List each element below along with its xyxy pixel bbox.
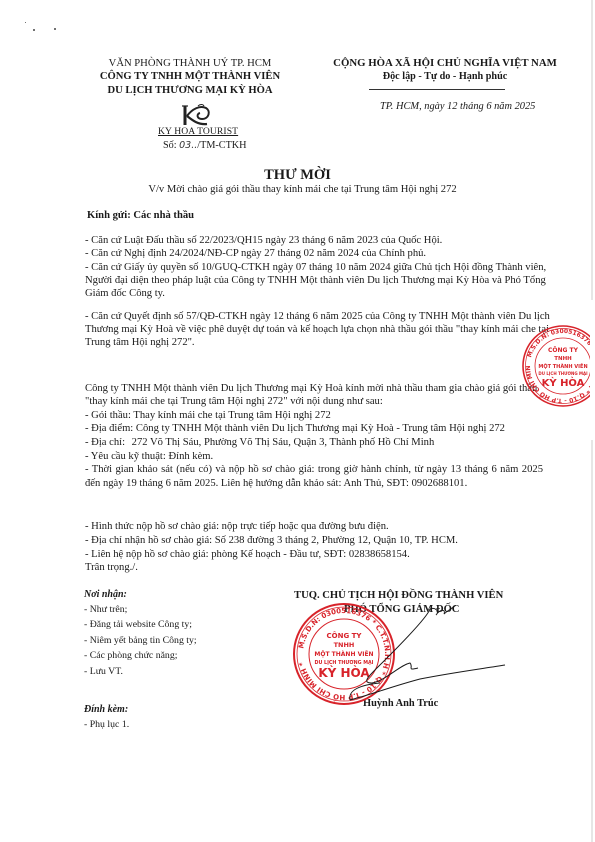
svg-text:DU LỊCH THƯƠNG MẠI: DU LỊCH THƯƠNG MẠI bbox=[538, 371, 588, 376]
ky-hoa-logo-icon bbox=[176, 103, 212, 127]
svg-text:KỲ HÒA: KỲ HÒA bbox=[542, 376, 585, 389]
recipients-title: Nơi nhận: bbox=[84, 589, 127, 600]
svg-text:MỘT THÀNH VIÊN: MỘT THÀNH VIÊN bbox=[538, 362, 587, 370]
scan-speck bbox=[33, 29, 35, 31]
survey-period: - Thời gian khảo sát (nếu có) và nộp hồ … bbox=[85, 463, 543, 490]
recipient-item: - Như trên; bbox=[84, 604, 127, 615]
recipient-item: - Lưu VT. bbox=[84, 666, 123, 677]
page-edge-mask bbox=[590, 300, 595, 440]
invitation-intro: Công ty TNHH Một thành viên Du lịch Thươ… bbox=[85, 382, 555, 408]
page-edge-seal-icon: M.S.D.N: 0300516376 * C.T.T.N.H.H * Q.10… bbox=[521, 324, 595, 408]
detail-value: Đính kèm. bbox=[168, 451, 213, 462]
signature-authority: TUQ. CHỦ TỊCH HỘI ĐỒNG THÀNH VIÊN bbox=[294, 590, 503, 601]
detail-label: - Yêu cầu kỹ thuật: bbox=[85, 450, 166, 463]
submission-contact: - Liên hệ nộp hồ sơ chào giá: phòng Kế h… bbox=[85, 548, 410, 561]
scan-speck bbox=[25, 22, 26, 23]
document-subject: V/v Mời chào giá gói thầu thay kính mái … bbox=[0, 184, 595, 195]
logo-text: KY HOA TOURIST bbox=[158, 126, 238, 137]
recipient-item: - Đăng tải website Công ty; bbox=[84, 619, 192, 630]
detail-value: Thay kính mái che tại Trung tâm Hội nghị… bbox=[133, 410, 330, 421]
issuer-header: VĂN PHÒNG THÀNH UỶ TP. HCM CÔNG TY TNHH … bbox=[80, 57, 300, 97]
detail-package: - Gói thầu: Thay kính mái che tại Trung … bbox=[85, 409, 331, 422]
submission-method: - Hình thức nộp hồ sơ chào giá: nộp trực… bbox=[85, 520, 389, 533]
national-header: CỘNG HÒA XÃ HỘI CHỦ NGHĨA VIỆT NAM Độc l… bbox=[315, 57, 575, 83]
document-number-prefix: Số: bbox=[163, 140, 179, 151]
detail-value: 272 Võ Thị Sáu, Phường Võ Thị Sáu, Quận … bbox=[132, 437, 435, 448]
issuer-company-line1: CÔNG TY TNHH MỘT THÀNH VIÊN bbox=[80, 70, 300, 84]
document-title: THƯ MỜI bbox=[0, 167, 595, 184]
detail-label: - Gói thầu: bbox=[85, 409, 131, 422]
legal-basis-item: - Căn cứ Giấy ủy quyền số 10/GUQ-CTKH ng… bbox=[85, 261, 547, 301]
svg-text:CÔNG TY: CÔNG TY bbox=[548, 347, 579, 354]
submission-address: - Địa chỉ nhận hồ sơ chào giá: Số 238 đư… bbox=[85, 534, 458, 547]
legal-basis-item: - Căn cứ Luật Đấu thầu số 22/2023/QH15 n… bbox=[85, 234, 553, 247]
recipient-item: - Niêm yết bảng tin Công ty; bbox=[84, 635, 197, 646]
attachment-item: - Phụ lục 1. bbox=[84, 719, 129, 730]
svg-text:TNHH: TNHH bbox=[554, 356, 572, 362]
handwritten-signature-icon bbox=[290, 605, 520, 710]
legal-basis-item: - Căn cứ Quyết định số 57/QĐ-CTKH ngày 1… bbox=[85, 310, 551, 350]
document-number-handwritten: 03.. bbox=[179, 140, 197, 151]
detail-location: - Địa điểm: Công ty TNHH Một thành viên … bbox=[85, 422, 505, 435]
place-date: TP. HCM, ngày 12 tháng 6 năm 2025 bbox=[380, 101, 535, 112]
scan-speck bbox=[54, 28, 56, 30]
addressee: Kính gửi: Các nhà thầu bbox=[87, 210, 194, 221]
motto-underline bbox=[369, 89, 505, 90]
document-number: Số: 03../TM-CTKH bbox=[163, 140, 247, 151]
national-motto: Độc lập - Tự do - Hạnh phúc bbox=[315, 70, 575, 83]
attachments-title: Đính kèm: bbox=[84, 704, 128, 715]
detail-label: - Địa điểm: bbox=[85, 422, 133, 435]
document-page: VĂN PHÒNG THÀNH UỶ TP. HCM CÔNG TY TNHH … bbox=[0, 0, 595, 842]
issuer-agency: VĂN PHÒNG THÀNH UỶ TP. HCM bbox=[80, 57, 300, 70]
detail-address: - Địa chỉ: 272 Võ Thị Sáu, Phường Võ Thị… bbox=[85, 436, 434, 449]
legal-basis-item: - Căn cứ Nghị định 24/2024/NĐ-CP ngày 27… bbox=[85, 247, 553, 260]
detail-value: Công ty TNHH Một thành viên Du lịch Thươ… bbox=[136, 423, 505, 434]
document-number-suffix: /TM-CTKH bbox=[197, 140, 246, 151]
detail-tech-requirements: - Yêu cầu kỹ thuật: Đính kèm. bbox=[85, 450, 213, 463]
recipient-item: - Các phòng chức năng; bbox=[84, 650, 177, 661]
closing-phrase: Trân trọng./. bbox=[85, 561, 138, 574]
issuer-company-line2: DU LỊCH THƯƠNG MẠI KỲ HÒA bbox=[80, 84, 300, 98]
detail-label: - Địa chỉ: bbox=[85, 436, 129, 449]
national-title: CỘNG HÒA XÃ HỘI CHỦ NGHĨA VIỆT NAM bbox=[315, 57, 575, 70]
